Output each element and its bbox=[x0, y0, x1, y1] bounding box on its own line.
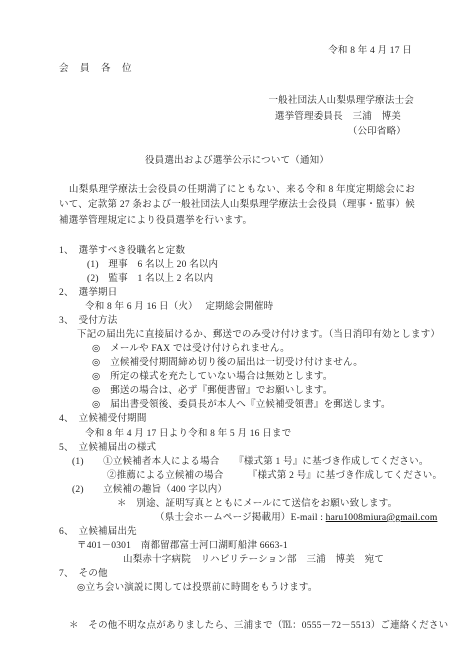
section-line: ◎ 届出書受領後、委員長が本人へ『立候補受領書』を郵送します。 bbox=[92, 398, 415, 412]
section-heading-text: 選挙すべき役職名と定数 bbox=[79, 246, 186, 256]
section-line: ◎ 所定の様式を充たしていない場合は無効とします。 bbox=[92, 370, 415, 384]
document-page: 令和 8 年 4 月 17 日 会 員 各 位 一般社団法人山梨県理学療法士会 … bbox=[0, 0, 475, 671]
line-text: 下記の届出先に直接届けるか、郵送でのみ受け付けます。（当日消印有効とします） bbox=[77, 330, 440, 340]
section-number: 5、 bbox=[59, 443, 74, 453]
section-line: ◎ 郵送の場合は、必ず『郵便書留』でお願いします。 bbox=[92, 384, 415, 398]
line-text: 山梨赤十字病院 リハビリテーション部 三浦 博美 宛て bbox=[123, 555, 384, 565]
line-text: ②推薦による立候補の場合 『様式第 2 号』に基づき作成してください。 bbox=[107, 471, 442, 481]
section-line: ◎ メールや FAX では受け付けられません。 bbox=[92, 342, 415, 356]
section-heading-text: 選挙期日 bbox=[79, 288, 118, 298]
section-line: ◎立ち会い演説に関しては投票前に時間をもうけます。 bbox=[77, 581, 415, 595]
section-number: 4、 bbox=[59, 414, 74, 424]
section-heading-text: 立候補受付期間 bbox=[79, 414, 147, 424]
section-line: (2) 監事 1 名以上 2 名以内 bbox=[87, 272, 415, 286]
section-heading-text: 立候補届出の様式 bbox=[79, 443, 157, 453]
line-text: ◎立ち会い演説に関しては投票前に時間をもうけます。 bbox=[77, 583, 318, 593]
section-line: 令和 8 年 4 月 17 日より令和 8 年 5 月 16 日まで bbox=[85, 427, 415, 441]
section-line: 令和 8 年 6 月 16 日（火） 定期総会開催時 bbox=[85, 300, 415, 314]
section-line: ②推薦による立候補の場合 『様式第 2 号』に基づき作成してください。 bbox=[107, 469, 415, 483]
line-text: (2) 監事 1 名以上 2 名以内 bbox=[87, 274, 213, 284]
line-text: ◎ 立候補受付期間締め切り後の届出は一切受け付けません。 bbox=[92, 358, 363, 368]
section-line: (1) 理事 6 名以上 20 名以内 bbox=[87, 258, 415, 272]
document-title: 役員選出および選挙公示について（通知） bbox=[59, 154, 415, 169]
section-heading: 4、立候補受付期間 bbox=[59, 412, 415, 426]
line-text: 令和 8 年 6 月 16 日（火） 定期総会開催時 bbox=[85, 302, 273, 312]
line-text: ◎ メールや FAX では受け付けられません。 bbox=[92, 344, 290, 354]
section-line: 〒401－0301 南都留郡富士河口湖町船津 6663-1 bbox=[77, 539, 415, 553]
sender-block: 一般社団法人山梨県理学療法士会 選挙管理委員長 三浦 博美 （公印省略） bbox=[59, 94, 415, 141]
line-text: ◎ 所定の様式を充たしていない場合は無効とします。 bbox=[92, 372, 333, 382]
section-heading: 1、選挙すべき役職名と定数 bbox=[59, 244, 415, 258]
section-heading-text: 受付方法 bbox=[79, 316, 118, 326]
sections-list: 1、選挙すべき役職名と定数(1) 理事 6 名以上 20 名以内(2) 監事 1… bbox=[59, 244, 415, 595]
section-heading: 2、選挙期日 bbox=[59, 286, 415, 300]
line-text: ◎ 郵送の場合は、必ず『郵便書留』でお願いします。 bbox=[92, 386, 333, 396]
section-line: ＊ 別途、証明写真とともにメールにて送信をお願い致します。 bbox=[117, 497, 415, 511]
line-text: 〒401－0301 南都留郡富士河口湖町船津 6663-1 bbox=[77, 541, 288, 551]
line-text: 令和 8 年 4 月 17 日より令和 8 年 5 月 16 日まで bbox=[85, 429, 291, 439]
section-heading-text: その他 bbox=[79, 569, 108, 579]
line-text: (2) 立候補の趣旨（400 字以内） bbox=[72, 485, 227, 495]
section-number: 7、 bbox=[59, 569, 74, 579]
footer-contact-note: ＊ その他不明な点がありましたら、三浦まで（℡：0555－72－5513）ご連絡… bbox=[69, 619, 415, 634]
section-line: 山梨赤十字病院 リハビリテーション部 三浦 博美 宛て bbox=[123, 553, 415, 567]
section-heading: 6、立候補届出先 bbox=[59, 525, 415, 539]
line-text: ◎ 届出書受領後、委員長が本人へ『立候補受領書』を郵送します。 bbox=[92, 400, 391, 410]
section-number: 6、 bbox=[59, 527, 74, 537]
line-text: （県士会ホームページ掲載用）E-mail : bbox=[155, 513, 326, 523]
section-heading-text: 立候補届出先 bbox=[79, 527, 137, 537]
recipient-line: 会 員 各 位 bbox=[59, 62, 415, 77]
section-line: (2) 立候補の趣旨（400 字以内） bbox=[72, 483, 415, 497]
line-text: ＊ 別途、証明写真とともにメールにて送信をお願い致します。 bbox=[117, 499, 397, 509]
section-line: （県士会ホームページ掲載用）E-mail : haru1008miura@gma… bbox=[155, 511, 415, 525]
section-heading: 3、受付方法 bbox=[59, 314, 415, 328]
section-line: 下記の届出先に直接届けるか、郵送でのみ受け付けます。（当日消印有効とします） bbox=[77, 328, 415, 342]
sender-organization: 一般社団法人山梨県理学療法士会 bbox=[59, 94, 415, 110]
section-number: 2、 bbox=[59, 288, 74, 298]
email-link[interactable]: haru1008miura@gmail.com bbox=[326, 513, 438, 523]
document-date: 令和 8 年 4 月 17 日 bbox=[59, 44, 415, 59]
line-text: (1) ①立候補者本人による場合 『様式第 1 号』に基づき作成してください。 bbox=[72, 457, 429, 467]
section-heading: 5、立候補届出の様式 bbox=[59, 441, 415, 455]
section-number: 1、 bbox=[59, 246, 74, 256]
section-number: 3、 bbox=[59, 316, 74, 326]
sender-chairperson: 選挙管理委員長 三浦 博美 bbox=[59, 110, 415, 126]
section-line: ◎ 立候補受付期間締め切り後の届出は一切受け付けません。 bbox=[92, 356, 415, 370]
section-line: (1) ①立候補者本人による場合 『様式第 1 号』に基づき作成してください。 bbox=[72, 455, 415, 469]
seal-omitted-note: （公印省略） bbox=[59, 125, 415, 141]
line-text: (1) 理事 6 名以上 20 名以内 bbox=[87, 260, 218, 270]
intro-paragraph: 山梨県理学療法士会役員の任期満了にともない、来る令和 8 年度定期総会において、… bbox=[59, 183, 415, 230]
section-heading: 7、その他 bbox=[59, 567, 415, 581]
